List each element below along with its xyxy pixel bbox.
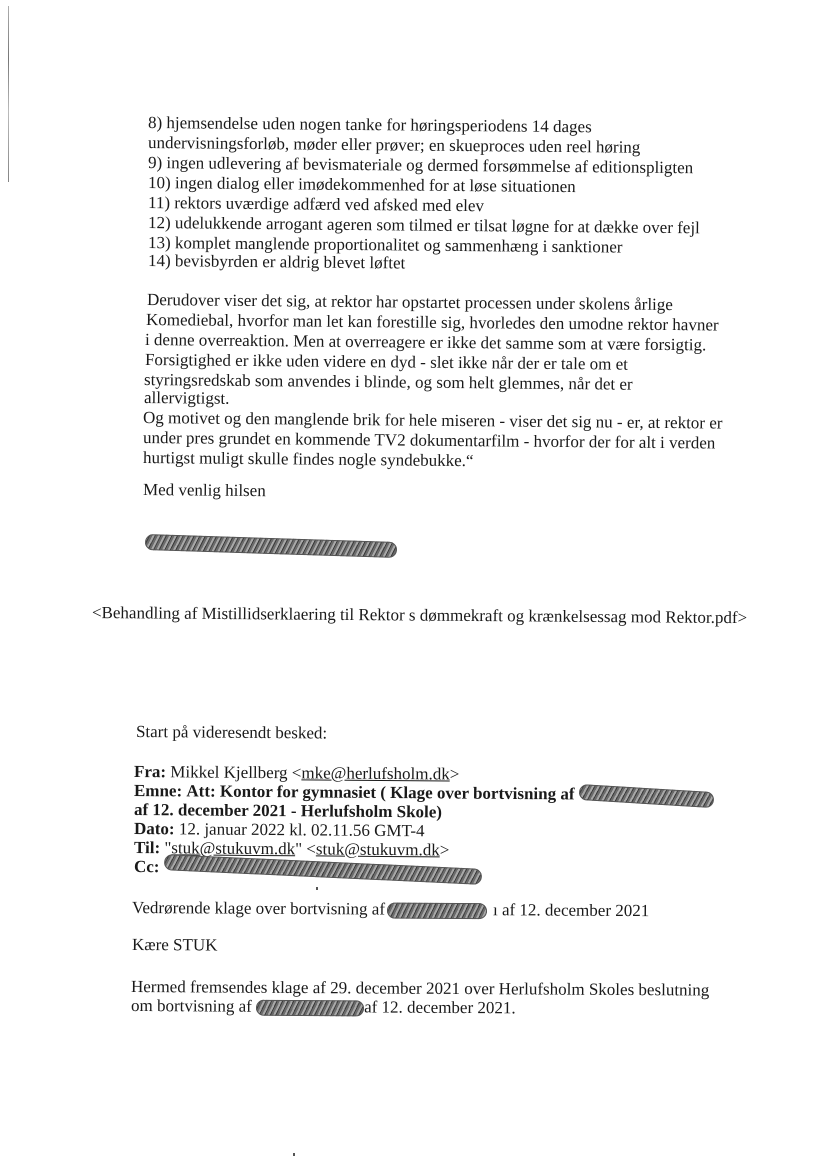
redacted-name [256,1000,364,1017]
scan-edge-artifact [8,6,9,182]
regarding-suffix: ı af 12. december 2021 [493,900,649,920]
date-label: Dato: [134,819,175,838]
from-name: Mikkel Kjellberg < [170,762,301,782]
to-quote-close: " < [295,839,316,858]
header-cc: Cc: [134,857,482,880]
scan-speck [316,887,318,890]
from-label: Fra: [134,762,166,781]
body-text-line-2: om bortvisning af af 12. december 2021. [131,996,516,1018]
from-email-link[interactable]: mke@herlufsholm.dk [301,763,449,783]
attachment-filename[interactable]: <Behandling af Mistillidserklaering til … [92,603,747,628]
from-close: > [450,764,460,783]
redacted-signature [145,534,397,558]
paragraph-line: hurtigst muligt skulle findes nogle synd… [143,448,474,471]
to-close: > [440,840,450,859]
closing-salutation: Med venlig hilsen [143,480,266,501]
regarding-line: Vedrørende klage over bortvisning afı af… [132,898,649,921]
date-value: 12. januar 2022 kl. 02.11.56 GMT-4 [179,819,425,840]
body-text-suffix: af 12. december 2021. [364,997,516,1017]
paragraph-line: allervigtigst. [144,388,230,409]
subject-label: Emne: [134,781,182,800]
body-text-prefix: om bortvisning af [131,996,252,1016]
to-label: Til: [134,838,160,857]
list-item: 14) bevisbyrden er aldrig blevet løftet [148,251,405,273]
cc-label: Cc: [134,857,160,876]
redacted-cc [164,854,482,885]
forwarded-intro: Start på videresendt besked: [136,722,327,744]
redacted-name [578,784,714,808]
greeting: Kære STUK [132,935,218,956]
regarding-prefix: Vedrørende klage over bortvisning af [132,898,385,919]
scan-speck [293,1153,295,1156]
to-email-link[interactable]: stuk@stukuvm.dk [316,839,440,859]
redacted-name [387,903,487,920]
subject-text-cont: af 12. december 2021 - Herlufsholm Skole… [134,800,442,821]
